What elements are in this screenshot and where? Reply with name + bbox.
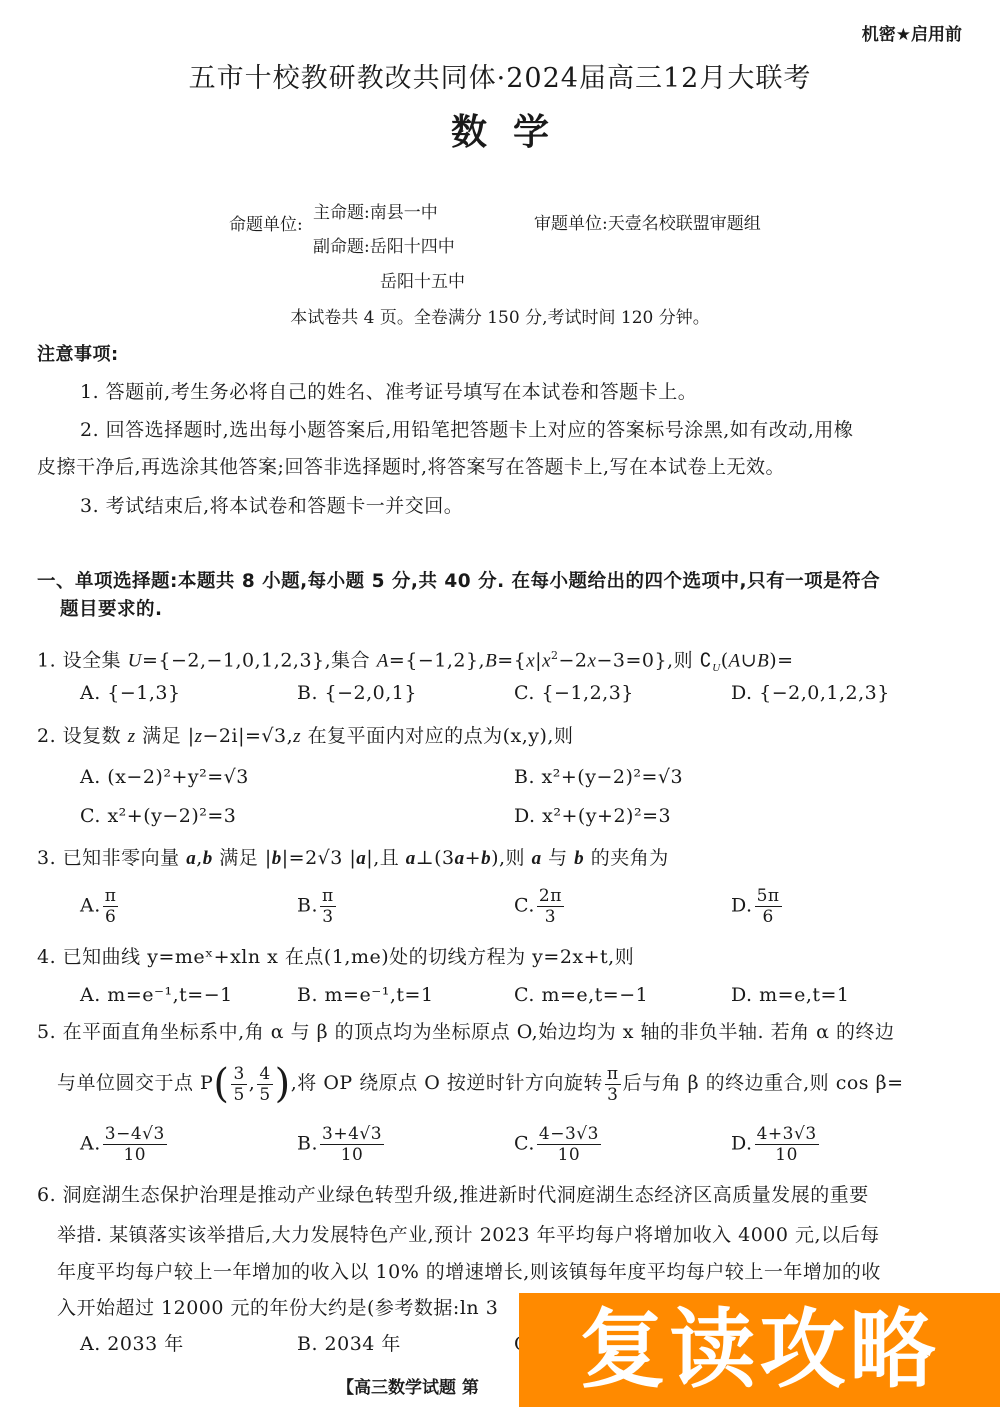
right-paren: ) (275, 1061, 291, 1107)
main-proposer: 主命题:南县一中 (313, 202, 438, 224)
fraction: 3−4√310 (103, 1124, 167, 1165)
question-1-option-d: D. {−2,0,1,2,3} (731, 681, 890, 705)
question-6-stem-line-2: 举措. 某镇落实该举措后,大力发展特色产业,预计 2023 年平均每户将增加收入… (57, 1223, 880, 1247)
fraction: 3+4√310 (320, 1124, 384, 1165)
section-heading: 一、单项选择题:本题共 8 小题,每小题 5 分,共 40 分. 在每小题给出的… (37, 570, 880, 594)
question-4-option-a: A. m=e⁻¹,t=−1 (80, 983, 233, 1007)
sub-proposer: 副命题:岳阳十四中 (313, 236, 455, 258)
question-6-stem-line-3: 年度平均每户较上一年增加的收入以 10% 的增速增长,则该镇每年度平均每户较上一… (57, 1260, 881, 1284)
note-item-1: 1. 答题前,考生务必将自己的姓名、准考证号填写在本试卷和答题卡上。 (80, 380, 697, 404)
question-4-option-d: D. m=e,t=1 (731, 983, 850, 1007)
question-6-option-b: B. 2034 年 (297, 1332, 401, 1356)
question-2-option-c: C. x²+(y−2)²=3 (80, 804, 236, 828)
question-3-option-d: D.5π6 (731, 886, 784, 927)
fraction: π3 (605, 1064, 621, 1105)
question-5-option-c: C.4−3√310 (514, 1124, 603, 1165)
exam-info: 本试卷共 4 页。全卷满分 150 分,考试时间 120 分钟。 (0, 307, 1000, 329)
question-6-stem-line-1: 6. 洞庭湖生态保护治理是推动产业绿色转型升级,推进新时代洞庭湖生态经济区高质量… (37, 1183, 869, 1207)
question-5-option-d: D.4+3√310 (731, 1124, 821, 1165)
watermark-banner: 复读攻略 (519, 1293, 1000, 1407)
question-2-stem: 2. 设复数 z 满足 |z−2i|=√3,z 在复平面内对应的点为(x,y),… (37, 724, 573, 749)
question-5-stem-line-1: 5. 在平面直角坐标系中,角 α 与 β 的顶点均为坐标原点 O,始边均为 x … (37, 1020, 895, 1044)
question-2-option-b: B. x²+(y−2)²=√3 (514, 765, 683, 789)
confidential-label: 机密★启用前 (862, 20, 962, 45)
note-item-2: 2. 回答选择题时,选出每小题答案后,用铅笔把答题卡上对应的答案标号涂黑,如有改… (80, 418, 853, 442)
question-3-option-c: C.2π3 (514, 886, 566, 927)
question-5-stem-line-2: 与单位圆交于点 P(35,45),将 OP 绕原点 O 按逆时针方向旋转π3后与… (57, 1060, 904, 1106)
left-paren: ( (213, 1061, 229, 1107)
fraction: π3 (320, 886, 336, 927)
question-3-option-b: B.π3 (297, 886, 338, 927)
question-5-option-a: A.3−4√310 (80, 1124, 169, 1165)
fraction: π6 (103, 886, 119, 927)
question-3-stem: 3. 已知非零向量 a,b 满足 |b|=2√3 |a|,且 a⊥(3a+b),… (37, 846, 669, 871)
page-footer: 【高三数学试题 第 (337, 1373, 479, 1398)
fraction: 35 (231, 1064, 246, 1105)
sub-proposer-value-1: 岳阳十四中 (370, 237, 455, 257)
reviewer-value: 天壹名校联盟审题组 (608, 214, 761, 234)
fraction: 45 (257, 1064, 272, 1105)
main-proposer-label: 主命题: (313, 203, 370, 223)
exam-title: 五市十校教研教改共同体·2024届高三12月大联考 (0, 56, 1000, 95)
question-4-stem: 4. 已知曲线 y=meˣ+xln x 在点(1,me)处的切线方程为 y=2x… (37, 945, 634, 969)
question-6-stem-line-4: 入开始超过 12000 元的年份大约是(参考数据:ln 3 (57, 1296, 498, 1320)
section-heading-cont: 题目要求的. (60, 598, 163, 622)
sub-proposer-label: 副命题: (313, 237, 370, 257)
note-item-2-cont: 皮擦干净后,再选涂其他答案;回答非选择题时,将答案写在答题卡上,写在本试卷上无效… (37, 455, 785, 479)
question-3-option-a: A.π6 (80, 886, 120, 927)
reviewer-label: 审题单位: (534, 214, 608, 234)
question-1-option-a: A. {−1,3} (80, 681, 181, 705)
fraction: 4+3√310 (755, 1124, 819, 1165)
reviewer: 审题单位:天壹名校联盟审题组 (534, 213, 761, 235)
question-5-option-b: B.3+4√310 (297, 1124, 386, 1165)
question-1-stem: 1. 设全集 U={−2,−1,0,1,2,3},集合 A={−1,2},B={… (37, 644, 794, 680)
main-proposer-value: 南县一中 (370, 203, 438, 223)
question-6-option-a: A. 2033 年 (80, 1332, 184, 1356)
fraction: 4−3√310 (537, 1124, 601, 1165)
question-4-option-c: C. m=e,t=−1 (514, 983, 648, 1007)
question-1-option-b: B. {−2,0,1} (297, 681, 417, 705)
fraction: 5π6 (755, 886, 782, 927)
question-2-option-d: D. x²+(y+2)²=3 (514, 804, 671, 828)
sub-proposer-value-2: 岳阳十五中 (380, 271, 465, 293)
fraction: 2π3 (537, 886, 564, 927)
subject-title: 数学 (0, 104, 1000, 155)
note-item-3: 3. 考试结束后,将本试卷和答题卡一并交回。 (80, 494, 463, 518)
question-2-option-a: A. (x−2)²+y²=√3 (80, 765, 249, 789)
proposer-label: 命题单位: (229, 214, 303, 236)
question-4-option-b: B. m=e⁻¹,t=1 (297, 983, 434, 1007)
notes-heading: 注意事项: (37, 343, 119, 367)
question-1-option-c: C. {−1,2,3} (514, 681, 634, 705)
